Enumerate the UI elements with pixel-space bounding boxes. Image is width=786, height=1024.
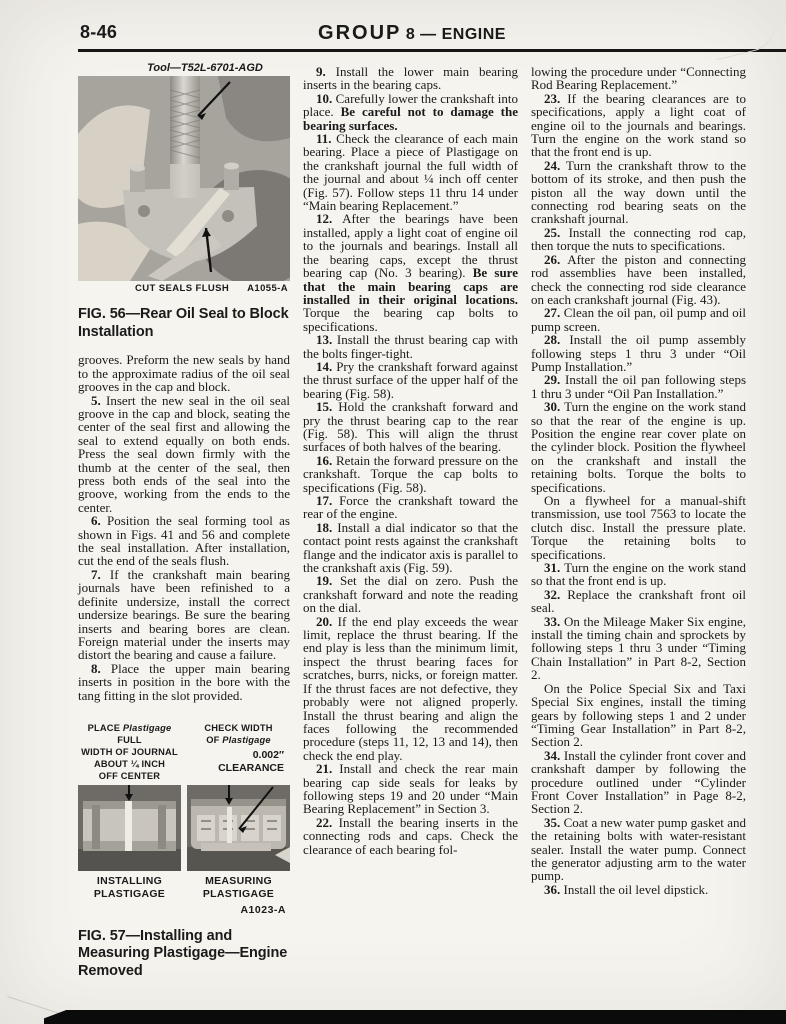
fig57-label-check-width: CHECK WIDTHOF Plastigage (187, 722, 290, 746)
paragraph-step-30: 30. Turn the engine on the work stand so… (531, 400, 746, 494)
installing-plastigage-label: INSTALLINGPLASTIGAGE (78, 875, 181, 900)
paragraph-step-36: 36. Install the oil level dipstick. (531, 883, 746, 896)
paragraph-step-34: 34. Install the cylinder front cover and… (531, 749, 746, 816)
header-rule (78, 49, 786, 52)
paragraph-step-23: 23. If the bearing clearances are to spe… (531, 92, 746, 159)
paragraph-step-35: 35. Coat a new water pump gasket and the… (531, 816, 746, 883)
paragraph-step-27: 27. Clean the oil pan, oil pump and oil … (531, 306, 746, 333)
paragraph-step-29: 29. Install the oil pan following steps … (531, 373, 746, 400)
paragraph-step-32: 32. Replace the crankshaft front oil sea… (531, 588, 746, 615)
fig56-photo (78, 76, 290, 281)
paragraph-step-18: 18. Install a dial indicator so that the… (303, 521, 518, 575)
paragraph-step-33: 33. On the Mileage Maker Six engine, ins… (531, 615, 746, 682)
fig57-callout-labels: PLACE Plastigage FULLWIDTH OF JOURNALABO… (78, 722, 290, 782)
page-curl-mark (7, 996, 62, 1015)
paragraph-step-14: 14. Pry the crankshaft forward against t… (303, 360, 518, 400)
tool-callout-label: Tool—T52L-6701-AGD (78, 62, 290, 74)
left-column-text: grooves. Preform the new seals by hand t… (78, 353, 290, 702)
paragraph-step-6: 6. Position the seal forming tool as sho… (78, 514, 290, 568)
paragraph-step-7: 7. If the crankshaft main bearing journa… (78, 568, 290, 662)
fig56-photo-id: A1055-A (247, 283, 288, 294)
fig57-block: PLACE Plastigage FULLWIDTH OF JOURNALABO… (78, 722, 290, 981)
fig56-photo-sublabels: CUT SEALS FLUSH A1055-A (78, 283, 290, 294)
column-right: lowing the procedure under “Connecting R… (531, 62, 746, 993)
fig57-photo-id: A1023-A (78, 904, 290, 916)
paragraph-step-31: 31. Turn the engine on the work stand so… (531, 561, 746, 588)
fig57-label-place-plastigage: PLACE Plastigage FULLWIDTH OF JOURNALABO… (78, 722, 181, 782)
paragraph-step-8: 8. Place the upper main bearing inserts … (78, 662, 290, 702)
paragraph-step-28: 28. Install the oil pump assembly follow… (531, 333, 746, 373)
fig57-photo-installing (78, 785, 181, 871)
paragraph-step-16: 16. Retain the forward pressure on the c… (303, 454, 518, 494)
fig57-photos (78, 785, 290, 871)
scan-bottom-band (44, 1010, 786, 1024)
paragraph-step-5: 5. Insert the new seal in the oil seal g… (78, 394, 290, 515)
column-left: Tool—T52L-6701-AGD (78, 62, 290, 993)
paragraph-step-24: 24. Turn the crankshaft throw to the bot… (531, 159, 746, 226)
paragraph: On a flywheel for a manual-shift transmi… (531, 494, 746, 561)
paragraph: lowing the procedure under “Connecting R… (531, 65, 746, 92)
fig57-caption: FIG. 57—Installing and Measuring Plastig… (78, 928, 290, 981)
measuring-plastigage-label: MEASURINGPLASTIGAGE (187, 875, 290, 900)
paragraph-step-26: 26. After the piston and connecting rod … (531, 253, 746, 307)
paragraph-step-11: 11. Check the clearance of each main bea… (303, 132, 518, 212)
paragraph-step-22: 22. Install the bearing inserts in the c… (303, 816, 518, 856)
group-title-bold: GROUP (318, 22, 401, 44)
paragraph-step-12: 12. After the bearings have been install… (303, 212, 518, 333)
fig56-caption: FIG. 56—Rear Oil Seal to Block Installat… (78, 306, 290, 341)
paragraph-step-17: 17. Force the crankshaft toward the rear… (303, 494, 518, 521)
fig57-clearance-label: 0.002″CLEARANCE (187, 749, 290, 775)
paragraph-step-19: 19. Set the dial on zero. Push the crank… (303, 574, 518, 614)
fig57-photo-measuring (187, 785, 290, 871)
paragraph: On the Police Special Six and Taxi Speci… (531, 682, 746, 749)
group-title-rest: 8 — ENGINE (406, 26, 506, 43)
cut-seals-flush-label: CUT SEALS FLUSH (135, 283, 229, 294)
paragraph: grooves. Preform the new seals by hand t… (78, 353, 290, 393)
paragraph-step-10: 10. Carefully lower the crankshaft into … (303, 92, 518, 132)
page-columns: Tool—T52L-6701-AGD (78, 62, 746, 993)
paragraph-step-20: 20. If the end play exceeds the wear lim… (303, 615, 518, 762)
manual-page: 8-46 GROUP 8 — ENGINE Tool—T52L-6701-AGD (0, 0, 786, 1024)
page-title: GROUP 8 — ENGINE (78, 22, 746, 45)
paragraph-step-9: 9. Install the lower main bearing insert… (303, 65, 518, 92)
paragraph-step-21: 21. Install and check the rear main bear… (303, 762, 518, 816)
column-middle: 9. Install the lower main bearing insert… (303, 62, 518, 993)
fig57-label-right-wrap: CHECK WIDTHOF Plastigage 0.002″CLEARANCE (187, 722, 290, 782)
fig57-photo-titles: INSTALLINGPLASTIGAGE MEASURINGPLASTIGAGE (78, 875, 290, 900)
paragraph-step-13: 13. Install the thrust bearing cap with … (303, 333, 518, 360)
paragraph-step-25: 25. Install the connecting rod cap, then… (531, 226, 746, 253)
paragraph-step-15: 15. Hold the crankshaft forward and pry … (303, 400, 518, 454)
